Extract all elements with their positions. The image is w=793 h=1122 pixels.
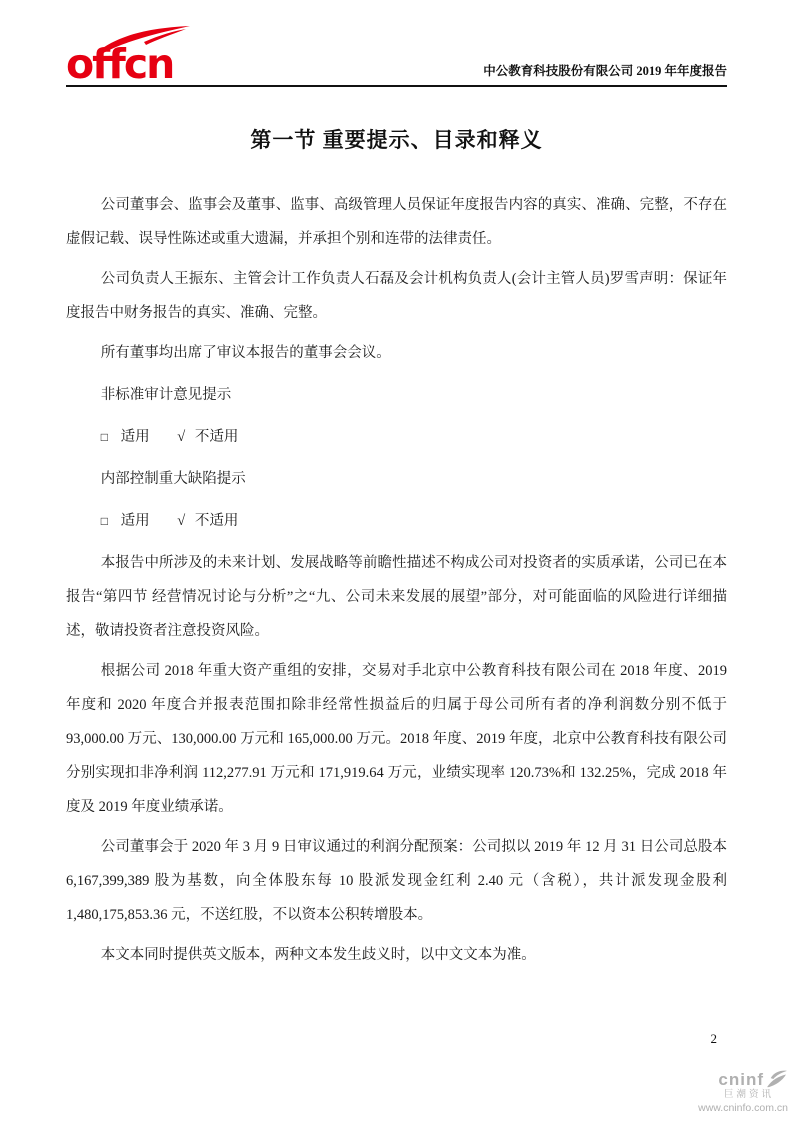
responsible-persons-paragraph: 公司负责人王振东、主管会计工作负责人石磊及会计机构负责人(会计主管人员)罗雪声明…: [66, 262, 727, 330]
logo-swoosh-icon: [96, 26, 192, 53]
non-standard-audit-notice-heading: 非标准审计意见提示: [66, 378, 727, 412]
cninfo-logo: cninf 巨潮资讯 www.cninfo.com.cn: [698, 1070, 788, 1113]
document-body: 公司董事会、监事会及董事、监事、高级管理人员保证年度报告内容的真实、准确、完整，…: [66, 188, 727, 978]
checkbox-unchecked-icon: □: [101, 514, 108, 528]
directors-attendance-paragraph: 所有董事均出席了审议本报告的董事会会议。: [66, 336, 727, 370]
cninfo-brand-text: cninf: [718, 1071, 764, 1088]
checkmark-icon: √: [177, 513, 185, 529]
language-version-paragraph: 本文本同时提供英文版本，两种文本发生歧义时，以中文文本为准。: [66, 938, 727, 972]
checkmark-icon: √: [177, 429, 185, 445]
performance-commitment-paragraph: 根据公司 2018 年重大资产重组的安排，交易对手北京中公教育科技有限公司在 2…: [66, 654, 727, 824]
checkbox-unchecked-icon: □: [101, 430, 108, 444]
option-not-applicable-label: 不适用: [195, 429, 239, 445]
cninfo-url: www.cninfo.com.cn: [698, 1103, 788, 1114]
audit-applicability-line: □ 适用 √ 不适用: [66, 420, 727, 454]
cninfo-swirl-icon: [766, 1070, 788, 1088]
option-not-applicable-label: 不适用: [195, 513, 239, 529]
section-title: 第一节 重要提示、目录和释义: [0, 124, 793, 154]
cninfo-chinese-name: 巨潮资讯: [698, 1090, 774, 1100]
option-applicable-label: 适用: [121, 513, 150, 529]
page-header: offcn 中公教育科技股份有限公司 2019 年年度报告: [66, 26, 727, 87]
page-number: 2: [711, 1031, 718, 1047]
forward-looking-statement-paragraph: 本报告中所涉及的未来计划、发展战略等前瞻性描述不构成公司对投资者的实质承诺，公司…: [66, 546, 727, 648]
profit-distribution-paragraph: 公司董事会于 2020 年 3 月 9 日审议通过的利润分配预案：公司拟以 20…: [66, 830, 727, 932]
option-applicable-label: 适用: [121, 429, 150, 445]
internal-control-applicability-line: □ 适用 √ 不适用: [66, 504, 727, 538]
board-statement-paragraph: 公司董事会、监事会及董事、监事、高级管理人员保证年度报告内容的真实、准确、完整，…: [66, 188, 727, 256]
header-report-title: 中公教育科技股份有限公司 2019 年年度报告: [483, 61, 727, 82]
document-page: offcn 中公教育科技股份有限公司 2019 年年度报告 第一节 重要提示、目…: [0, 0, 793, 1122]
offcn-logo: offcn: [66, 30, 173, 82]
cninfo-brand-row: cninf: [698, 1070, 788, 1088]
internal-control-defect-heading: 内部控制重大缺陷提示: [66, 462, 727, 496]
